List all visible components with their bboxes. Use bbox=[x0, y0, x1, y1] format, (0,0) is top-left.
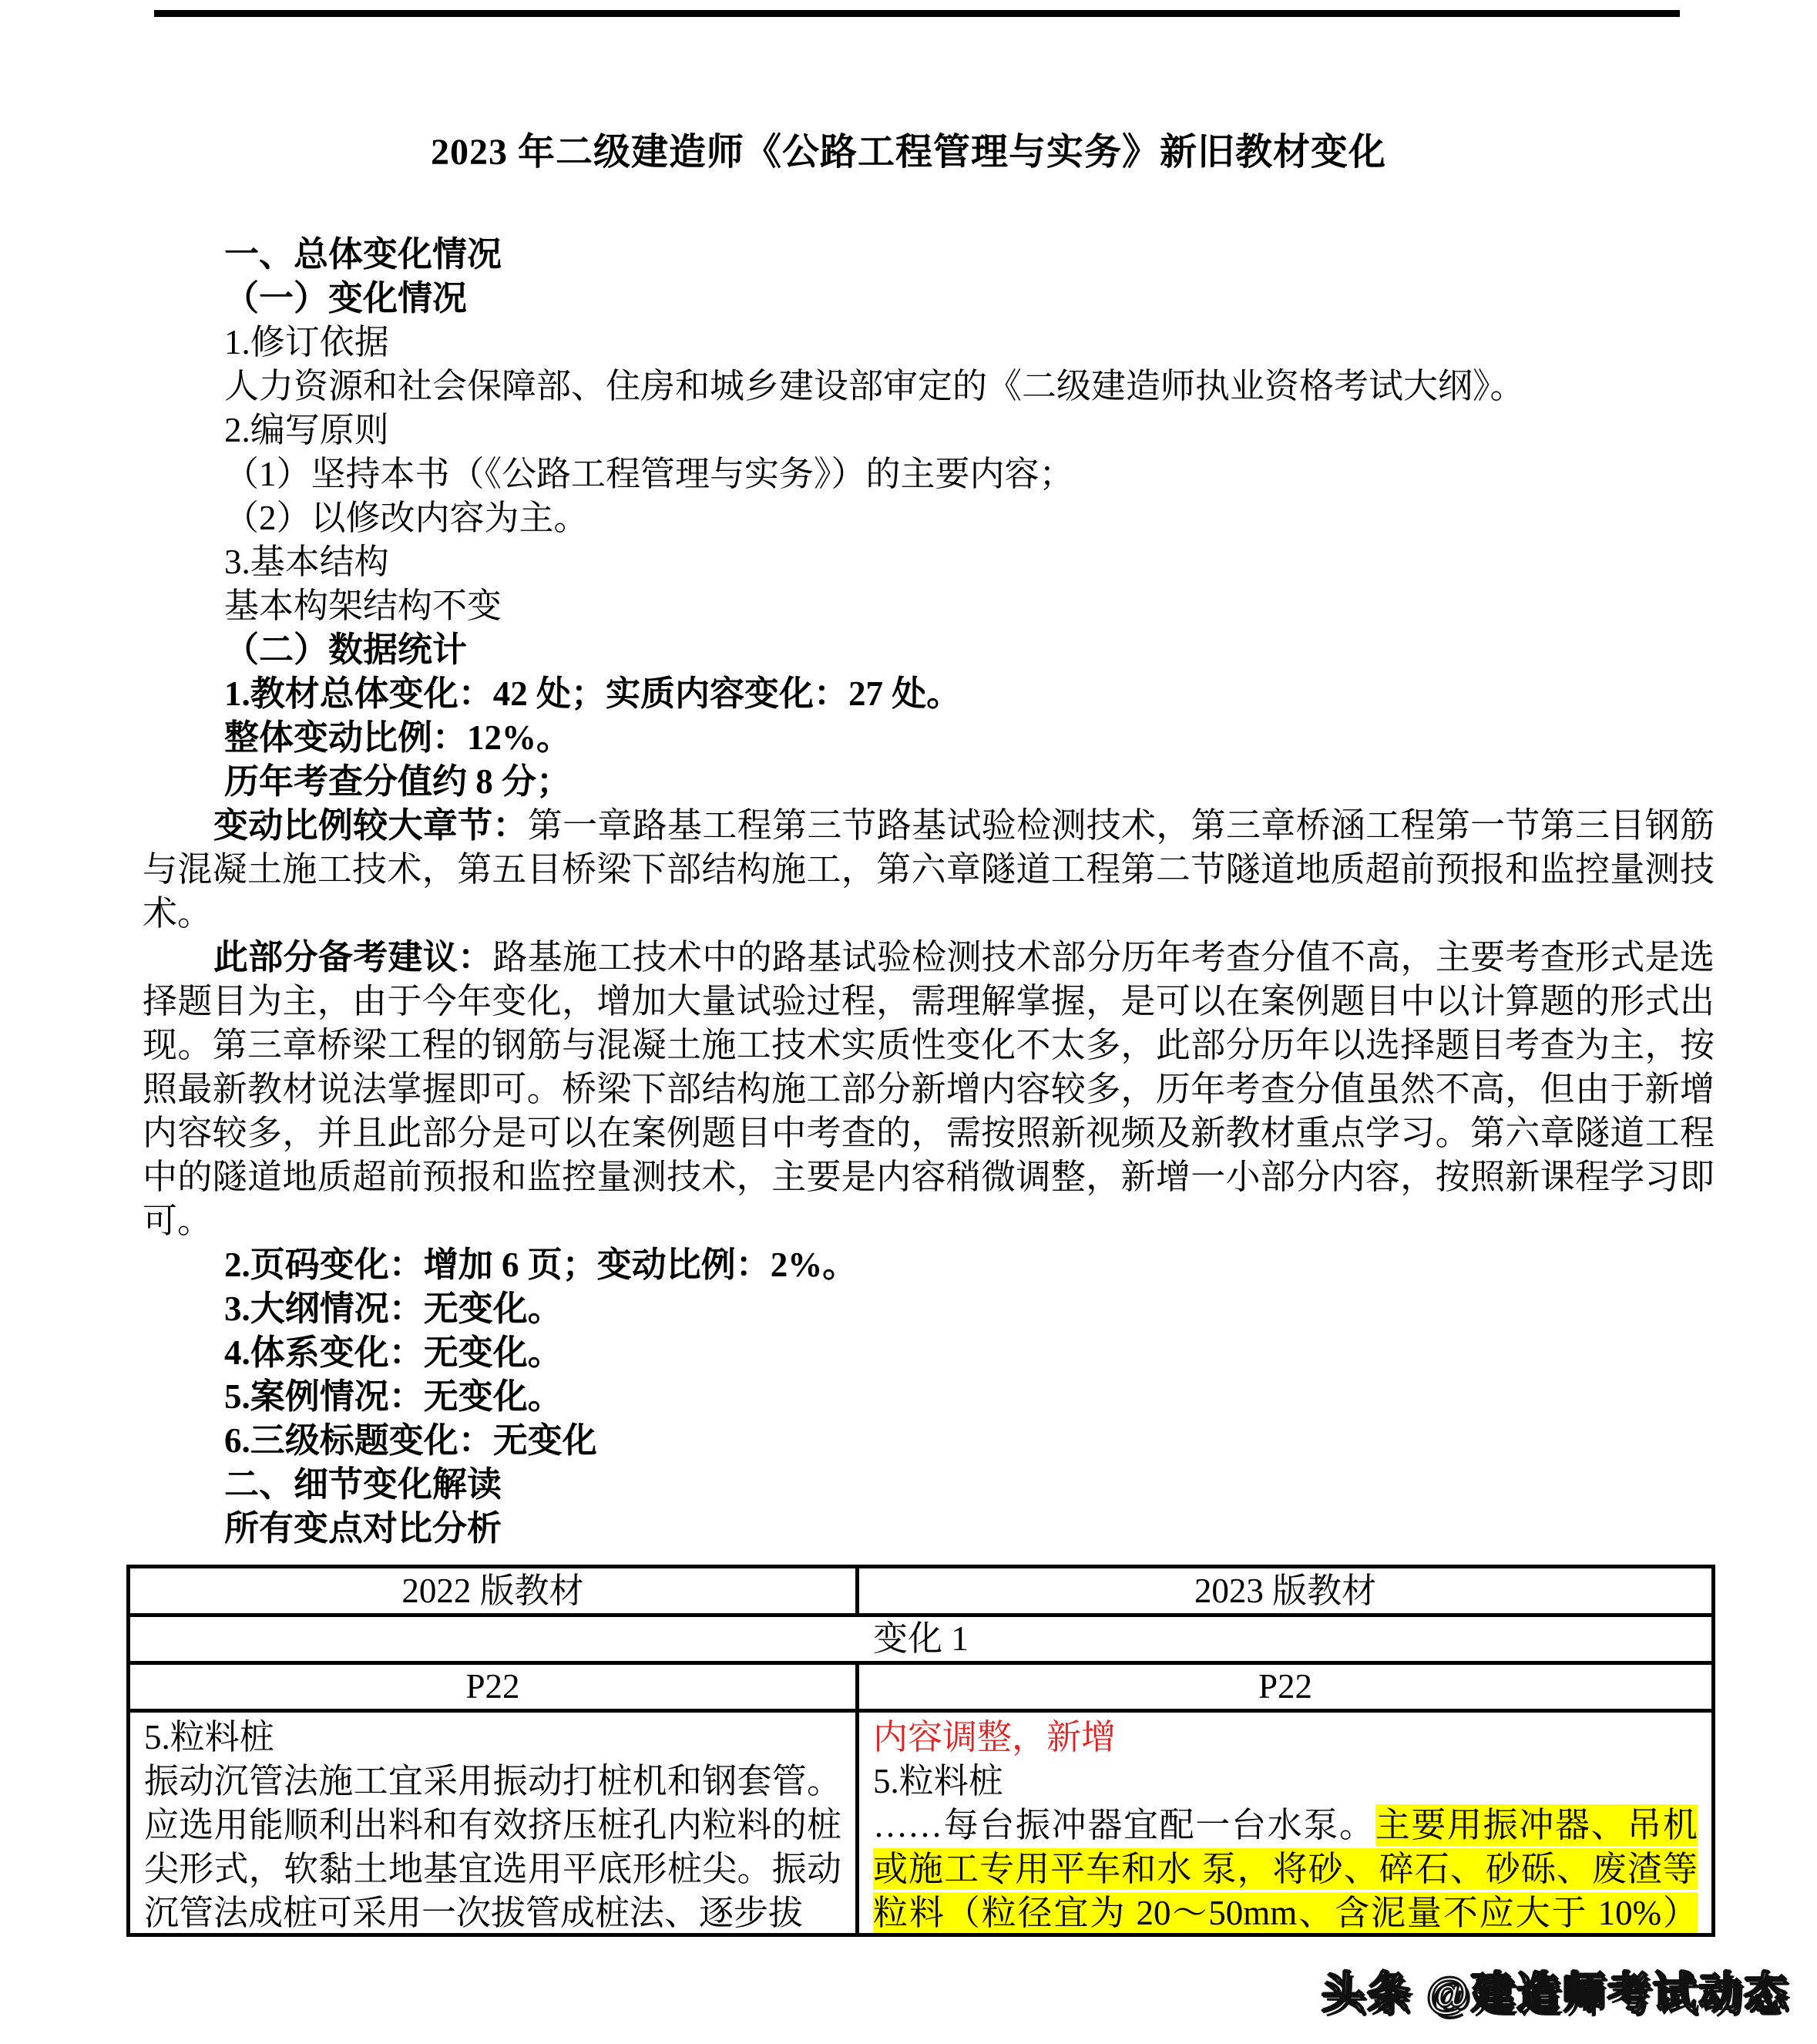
line-system-change: 4.体系变化：无变化。 bbox=[143, 1331, 1715, 1375]
cell-2023-content: 内容调整，新增 5.粒料桩 ……每台振冲器宜配一台水泵。主要用振冲器、吊机或施工… bbox=[858, 1711, 1714, 1935]
change-label-row: 变化 1 bbox=[129, 1615, 1714, 1663]
cell-2022-clip: 5.粒料桩 振动沉管法施工宜采用振动打桩机和钢套管。应选用能顺利出料和有效挤压桩… bbox=[144, 1716, 841, 1933]
document-page: 2023 年二级建造师《公路工程管理与实务》新旧教材变化 一、总体变化情况 （一… bbox=[0, 0, 1817, 2044]
toutiao-watermark: 头条 @建造师考试动态 bbox=[1322, 1959, 1789, 2021]
page-ref-2023: P22 bbox=[858, 1663, 1714, 1711]
table-header-2023: 2023 版教材 bbox=[858, 1567, 1714, 1615]
document-body: 一、总体变化情况 （一）变化情况 1.修订依据 人力资源和社会保障部、住房和城乡… bbox=[143, 233, 1715, 1551]
toutiao-watermark-text: 头条 @建造师考试动态 bbox=[1322, 1968, 1789, 2017]
line-basic-structure: 3.基本结构 bbox=[143, 540, 1715, 584]
top-divider-rule bbox=[154, 10, 1680, 17]
comparison-table: 2022 版教材 2023 版教材 变化 1 P22 P22 5.粒料桩 振动沉… bbox=[126, 1565, 1715, 1937]
change-status-label: 内容调整，新增 bbox=[873, 1716, 1698, 1760]
change-1-label: 变化 1 bbox=[129, 1615, 1714, 1663]
cell-2023-clip: 内容调整，新增 5.粒料桩 ……每台振冲器宜配一台水泵。主要用振冲器、吊机或施工… bbox=[873, 1716, 1698, 1933]
line-revision-basis-detail: 人力资源和社会保障部、住房和城乡建设部审定的《二级建造师执业资格考试大纲》。 bbox=[143, 365, 1715, 408]
line-all-change-points: 所有变点对比分析 bbox=[143, 1507, 1715, 1551]
para-study-advice-text: 路基施工技术中的路基试验检测技术部分历年考查分值不高，主要考查形式是选择题目为主… bbox=[143, 938, 1715, 1240]
line-structure-unchanged: 基本构架结构不变 bbox=[143, 584, 1715, 628]
para-study-advice-label: 此部分备考建议： bbox=[213, 938, 492, 977]
table-header-2022: 2022 版教材 bbox=[129, 1567, 858, 1615]
line-page-count-change: 2.页码变化：增加 6 页；变动比例：2%。 bbox=[143, 1243, 1715, 1287]
cell-2022-item-title: 5.粒料桩 bbox=[144, 1716, 841, 1760]
cell-2023-text: ……每台振冲器宜配一台水泵。主要用振冲器、吊机或施工专用平车和水 泵，将砂、碎石… bbox=[873, 1804, 1698, 1933]
heading-detail-interpretation: 二、细节变化解读 bbox=[143, 1463, 1715, 1507]
para-major-chapters-label: 变动比例较大章节： bbox=[213, 806, 528, 845]
line-outline-status: 3.大纲情况：无变化。 bbox=[143, 1287, 1715, 1331]
cell-2023-text-lead: ……每台振冲器宜配一台水泵。 bbox=[873, 1806, 1375, 1844]
line-change-ratio: 整体变动比例：12%。 bbox=[143, 716, 1715, 760]
heading-change-situation: （一）变化情况 bbox=[143, 277, 1715, 321]
content-row: 5.粒料桩 振动沉管法施工宜采用振动打桩机和钢套管。应选用能顺利出料和有效挤压桩… bbox=[129, 1711, 1714, 1935]
page-ref-row: P22 P22 bbox=[129, 1663, 1714, 1711]
line-writing-principles: 2.编写原则 bbox=[143, 408, 1715, 452]
page-ref-2022: P22 bbox=[129, 1663, 858, 1711]
line-exam-score: 历年考查分值约 8 分； bbox=[143, 760, 1715, 804]
para-study-advice: 此部分备考建议：路基施工技术中的路基试验检测技术部分历年考查分值不高，主要考查形… bbox=[143, 936, 1715, 1243]
line-heading3-change: 6.三级标题变化：无变化 bbox=[143, 1419, 1715, 1463]
heading-data-statistics: （二）数据统计 bbox=[143, 628, 1715, 672]
heading-overall-changes: 一、总体变化情况 bbox=[143, 233, 1715, 277]
line-principle-1: （1）坚持本书（《公路工程管理与实务》）的主要内容； bbox=[143, 452, 1715, 496]
line-principle-2: （2）以修改内容为主。 bbox=[143, 496, 1715, 540]
line-total-changes: 1.教材总体变化：42 处；实质内容变化：27 处。 bbox=[143, 672, 1715, 716]
line-revision-basis: 1.修订依据 bbox=[143, 321, 1715, 365]
para-major-chapters: 变动比例较大章节：第一章路基工程第三节路基试验检测技术，第三章桥涵工程第一节第三… bbox=[143, 804, 1715, 936]
page-title: 2023 年二级建造师《公路工程管理与实务》新旧教材变化 bbox=[0, 122, 1817, 175]
line-case-status: 5.案例情况：无变化。 bbox=[143, 1375, 1715, 1419]
cell-2022-content: 5.粒料桩 振动沉管法施工宜采用振动打桩机和钢套管。应选用能顺利出料和有效挤压桩… bbox=[129, 1711, 858, 1935]
table-header-row: 2022 版教材 2023 版教材 bbox=[129, 1567, 1714, 1615]
cell-2023-item-title: 5.粒料桩 bbox=[873, 1760, 1698, 1804]
cell-2022-text: 振动沉管法施工宜采用振动打桩机和钢套管。应选用能顺利出料和有效挤压桩孔内粒料的桩… bbox=[144, 1760, 841, 1933]
